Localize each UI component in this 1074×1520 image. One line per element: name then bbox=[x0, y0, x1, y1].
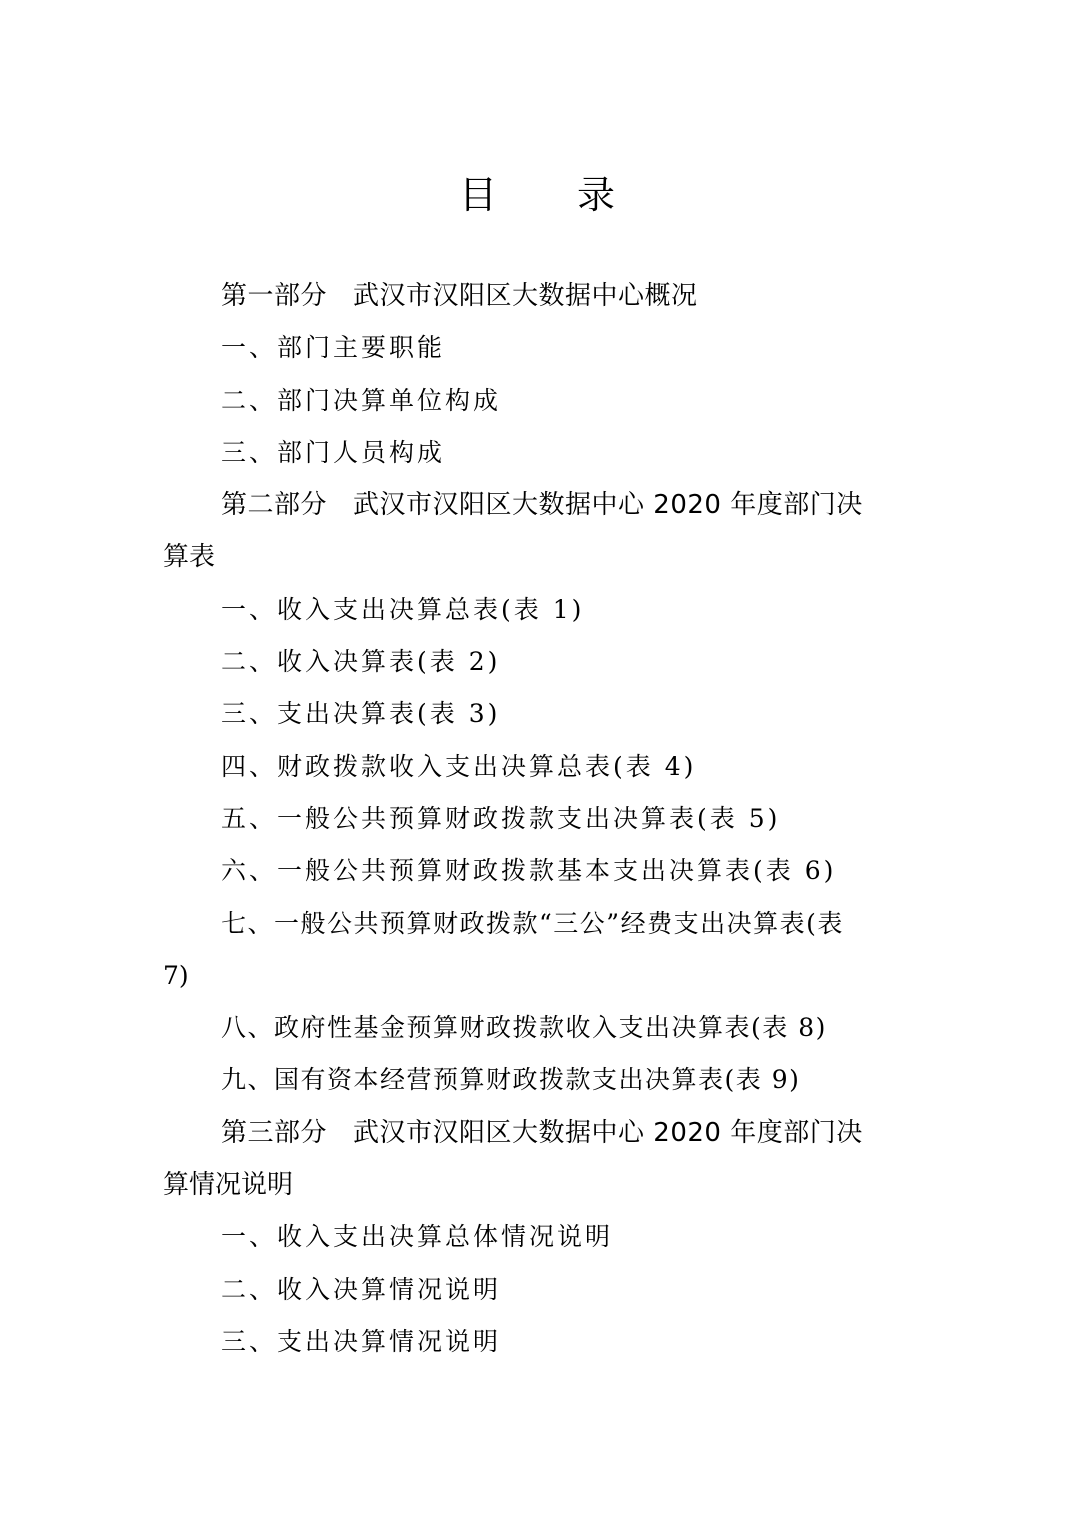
toc-part-2-item-1[interactable]: 一、收入支出决算总表(表 1) bbox=[163, 584, 918, 636]
toc-part-2-heading[interactable]: 第二部分武汉市汉阳区大数据中心 2020 年度部门决 bbox=[163, 479, 918, 531]
part-2-label: 第二部分 bbox=[221, 490, 327, 520]
toc-part-2-item-9[interactable]: 九、国有资本经营预算财政拨款支出决算表(表 9) bbox=[163, 1054, 918, 1106]
toc-part-2-item-3[interactable]: 三、支出决算表(表 3) bbox=[163, 688, 918, 740]
toc-part-2-item-4[interactable]: 四、财政拨款收入支出决算总表(表 4) bbox=[163, 741, 918, 793]
page-title: 目录 bbox=[0, 170, 1074, 220]
toc-part-2-item-2[interactable]: 二、收入决算表(表 2) bbox=[163, 636, 918, 688]
part-3-title-line-1: 武汉市汉阳区大数据中心 2020 年度部门决 bbox=[353, 1118, 863, 1148]
toc-part-2-item-8[interactable]: 八、政府性基金预算财政拨款收入支出决算表(表 8) bbox=[163, 1002, 918, 1054]
toc-part-3-item-1[interactable]: 一、收入支出决算总体情况说明 bbox=[163, 1211, 918, 1263]
toc-part-2-item-5[interactable]: 五、一般公共预算财政拨款支出决算表(表 5) bbox=[163, 793, 918, 845]
toc-part-3-heading-continuation[interactable]: 算情况说明 bbox=[163, 1159, 918, 1211]
title-char-1: 目 bbox=[459, 170, 497, 220]
title-char-2: 录 bbox=[577, 170, 615, 220]
part-3-label: 第三部分 bbox=[221, 1118, 327, 1148]
toc-part-1-item-3[interactable]: 三、部门人员构成 bbox=[163, 427, 918, 479]
toc-part-3-item-2[interactable]: 二、收入决算情况说明 bbox=[163, 1264, 918, 1316]
toc-part-1-item-1[interactable]: 一、部门主要职能 bbox=[163, 322, 918, 374]
toc-part-3-item-3[interactable]: 三、支出决算情况说明 bbox=[163, 1316, 918, 1368]
part-1-title: 武汉市汉阳区大数据中心概况 bbox=[353, 281, 698, 311]
toc-part-2-item-7[interactable]: 七、一般公共预算财政拨款“三公”经费支出决算表(表 bbox=[163, 898, 918, 950]
toc-part-1-item-2[interactable]: 二、部门决算单位构成 bbox=[163, 375, 918, 427]
toc-part-2-item-7-continuation[interactable]: 7) bbox=[163, 950, 918, 1002]
toc-part-3-heading[interactable]: 第三部分武汉市汉阳区大数据中心 2020 年度部门决 bbox=[163, 1107, 918, 1159]
table-of-contents: 第一部分武汉市汉阳区大数据中心概况 一、部门主要职能 二、部门决算单位构成 三、… bbox=[163, 270, 918, 1368]
document-page: 目录 第一部分武汉市汉阳区大数据中心概况 一、部门主要职能 二、部门决算单位构成… bbox=[0, 0, 1074, 1520]
part-2-title-line-1: 武汉市汉阳区大数据中心 2020 年度部门决 bbox=[353, 490, 863, 520]
toc-part-2-heading-continuation[interactable]: 算表 bbox=[163, 531, 918, 583]
toc-part-2-item-6[interactable]: 六、一般公共预算财政拨款基本支出决算表(表 6) bbox=[163, 845, 918, 897]
toc-part-1-heading[interactable]: 第一部分武汉市汉阳区大数据中心概况 bbox=[163, 270, 918, 322]
part-1-label: 第一部分 bbox=[221, 281, 327, 311]
